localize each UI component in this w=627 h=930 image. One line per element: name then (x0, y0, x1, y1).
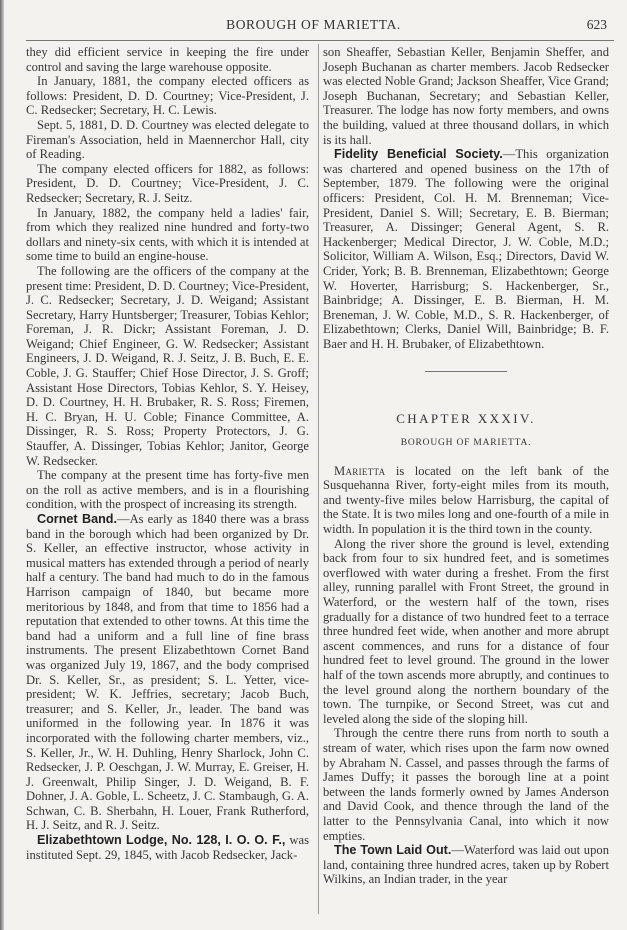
paragraph: they did efficient service in keeping th… (26, 45, 309, 74)
header-rule (26, 40, 614, 41)
paragraph: Sept. 5, 1881, D. D. Courtney was electe… (26, 118, 309, 162)
paragraph: Marietta is located on the left bank of … (323, 464, 609, 537)
section-heading-town-laid-out: The Town Laid Out. (334, 843, 451, 857)
town-laid-out-section: The Town Laid Out.—Waterford was laid ou… (323, 843, 609, 887)
fidelity-section: Fidelity Beneficial Society.—This organi… (323, 147, 609, 351)
lodge-section: Elizabethtown Lodge, No. 128, I. O. O. F… (26, 833, 309, 862)
paragraph: In January, 1881, the company elected of… (26, 74, 309, 118)
paragraph: Through the centre there runs from north… (323, 726, 609, 843)
running-head: BOROUGH OF MARIETTA. (0, 17, 627, 33)
cornet-band-section: Cornet Band.—As early as 1840 there was … (26, 512, 309, 833)
section-heading-cornet-band: Cornet Band. (37, 512, 117, 526)
page-header: BOROUGH OF MARIETTA. 623 (0, 17, 627, 37)
left-column: they did efficient service in keeping th… (26, 45, 309, 862)
section-body: —This organization was chartered and ope… (323, 147, 609, 351)
chapter-subtitle: BOROUGH OF MARIETTA. (323, 436, 609, 451)
paragraph: Along the river shore the ground is leve… (323, 537, 609, 727)
right-column: son Sheaffer, Sebastian Keller, Benjamin… (323, 45, 609, 887)
paragraph: The company elected officers for 1882, a… (26, 162, 309, 206)
paragraph: son Sheaffer, Sebastian Keller, Benjamin… (323, 45, 609, 147)
section-heading-lodge: Elizabethtown Lodge, No. 128, I. O. O. F… (37, 833, 285, 847)
page-number: 623 (587, 17, 607, 33)
chapter-title: CHAPTER XXXIV. (323, 412, 609, 427)
paragraph: In January, 1882, the company held a lad… (26, 206, 309, 264)
section-body: —As early as 1840 there was a brass band… (26, 512, 309, 832)
lead-word: Marietta (334, 464, 385, 478)
column-divider (318, 44, 319, 914)
paragraph: The company at the present time has fort… (26, 468, 309, 512)
page-binding-edge (0, 0, 4, 930)
section-heading-fidelity: Fidelity Beneficial Society. (334, 147, 503, 161)
paragraph: The following are the officers of the co… (26, 264, 309, 468)
chapter-rule (425, 371, 507, 372)
